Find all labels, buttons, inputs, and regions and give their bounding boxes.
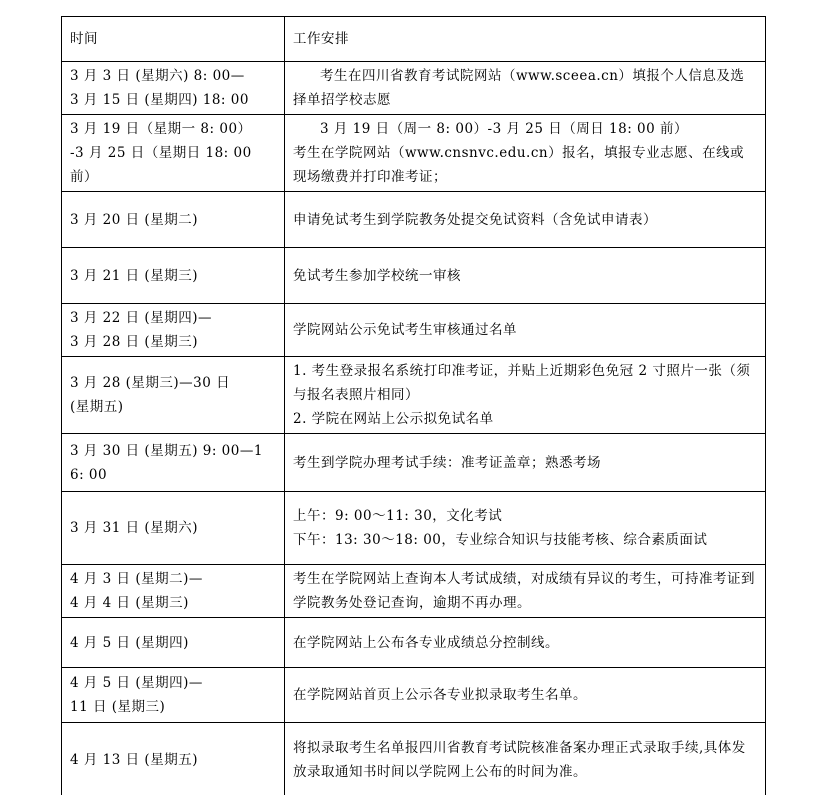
time-cell: 4 月 5 日 (星期四) — [62, 618, 285, 668]
task-cell: 在学院网站首页上公示各专业拟录取考生名单。 — [285, 668, 766, 723]
header-task: 工作安排 — [285, 17, 766, 62]
time-line: 3 月 3 日 (星期六) 8: 00— — [70, 64, 276, 88]
task-cell: 在学院网站上公布各专业成绩总分控制线。 — [285, 618, 766, 668]
time-line: 11 日 (星期三) — [70, 695, 276, 719]
table-row: 3 月 20 日 (星期二) 申请免试考生到学院教务处提交免试资料（含免试申请表… — [62, 192, 766, 248]
table-row: 4 月 5 日 (星期四) 在学院网站上公布各专业成绩总分控制线。 — [62, 618, 766, 668]
time-cell: 4 月 5 日 (星期四)— 11 日 (星期三) — [62, 668, 285, 723]
table-row: 3 月 22 日 (星期四)— 3 月 28 日 (星期三) 学院网站公示免试考… — [62, 304, 766, 357]
time-line: 4 月 3 日 (星期二)— — [70, 567, 276, 591]
time-cell: 3 月 21 日 (星期三) — [62, 248, 285, 304]
time-cell: 3 月 3 日 (星期六) 8: 00— 3 月 15 日 (星期四) 18: … — [62, 62, 285, 115]
time-line: 3 月 19 日（星期一 8: 00） — [70, 117, 276, 141]
task-line: 下午：13: 30～18: 00，专业综合知识与技能考核、综合素质面试 — [293, 528, 757, 552]
table-header-row: 时间 工作安排 — [62, 17, 766, 62]
time-line: -3 月 25 日（星期日 18: 00 — [70, 141, 276, 165]
task-cell: 考生到学院办理考试手续：准考证盖章；熟悉考场 — [285, 434, 766, 492]
time-cell: 3 月 22 日 (星期四)— 3 月 28 日 (星期三) — [62, 304, 285, 357]
time-line: 3 月 15 日 (星期四) 18: 00 — [70, 88, 276, 112]
time-line: 4 月 4 日 (星期三) — [70, 591, 276, 615]
time-line: 3 月 28 (星期三)—30 日 — [70, 371, 276, 395]
task-line: 考生在学院网站（www.cnsnvc.edu.cn）报名，填报专业志愿、在线或现… — [293, 141, 757, 189]
task-cell: 3 月 19 日（周一 8: 00）-3 月 25 日（周日 18: 00 前）… — [285, 115, 766, 192]
task-cell: 1. 考生登录报名系统打印准考证，并贴上近期彩色免冠 2 寸照片一张（须与报名表… — [285, 357, 766, 434]
table-row: 3 月 28 (星期三)—30 日 (星期五) 1. 考生登录报名系统打印准考证… — [62, 357, 766, 434]
task-cell: 学院网站公示免试考生审核通过名单 — [285, 304, 766, 357]
table-row: 4 月 3 日 (星期二)— 4 月 4 日 (星期三) 考生在学院网站上查询本… — [62, 565, 766, 618]
time-cell: 3 月 28 (星期三)—30 日 (星期五) — [62, 357, 285, 434]
table-row: 3 月 19 日（星期一 8: 00） -3 月 25 日（星期日 18: 00… — [62, 115, 766, 192]
time-line: 3 月 22 日 (星期四)— — [70, 306, 276, 330]
time-cell: 4 月 3 日 (星期二)— 4 月 4 日 (星期三) — [62, 565, 285, 618]
task-cell: 考生在四川省教育考试院网站（www.sceea.cn）填报个人信息及选择单招学校… — [285, 62, 766, 115]
table-row: 4 月 13 日 (星期五) 将拟录取考生名单报四川省教育考试院核准备案办理正式… — [62, 723, 766, 795]
task-line: 2. 学院在网站上公示拟免试名单 — [293, 407, 757, 431]
time-cell: 4 月 13 日 (星期五) — [62, 723, 285, 795]
header-time: 时间 — [62, 17, 285, 62]
time-line: (星期五) — [70, 395, 276, 419]
task-line: 3 月 19 日（周一 8: 00）-3 月 25 日（周日 18: 00 前） — [293, 117, 757, 141]
task-cell: 申请免试考生到学院教务处提交免试资料（含免试申请表） — [285, 192, 766, 248]
time-cell: 3 月 20 日 (星期二) — [62, 192, 285, 248]
table-row: 3 月 31 日 (星期六) 上午：9: 00～11: 30，文化考试 下午：1… — [62, 492, 766, 565]
table-row: 4 月 5 日 (星期四)— 11 日 (星期三) 在学院网站首页上公示各专业拟… — [62, 668, 766, 723]
table-row: 3 月 3 日 (星期六) 8: 00— 3 月 15 日 (星期四) 18: … — [62, 62, 766, 115]
time-cell: 3 月 31 日 (星期六) — [62, 492, 285, 565]
task-cell: 将拟录取考生名单报四川省教育考试院核准备案办理正式录取手续,具体发放录取通知书时… — [285, 723, 766, 795]
time-cell: 3 月 30 日 (星期五) 9: 00—16: 00 — [62, 434, 285, 492]
time-line: 4 月 5 日 (星期四)— — [70, 671, 276, 695]
table-row: 3 月 21 日 (星期三) 免试考生参加学校统一审核 — [62, 248, 766, 304]
task-cell: 上午：9: 00～11: 30，文化考试 下午：13: 30～18: 00，专业… — [285, 492, 766, 565]
time-line: 前） — [70, 165, 276, 189]
schedule-table: 时间 工作安排 3 月 3 日 (星期六) 8: 00— 3 月 15 日 (星… — [61, 16, 766, 795]
table-row: 3 月 30 日 (星期五) 9: 00—16: 00 考生到学院办理考试手续：… — [62, 434, 766, 492]
task-line: 上午：9: 00～11: 30，文化考试 — [293, 504, 757, 528]
task-cell: 考生在学院网站上查询本人考试成绩，对成绩有异议的考生，可持准考证到学院教务处登记… — [285, 565, 766, 618]
time-cell: 3 月 19 日（星期一 8: 00） -3 月 25 日（星期日 18: 00… — [62, 115, 285, 192]
time-line: 3 月 28 日 (星期三) — [70, 330, 276, 354]
task-cell: 免试考生参加学校统一审核 — [285, 248, 766, 304]
task-line: 1. 考生登录报名系统打印准考证，并贴上近期彩色免冠 2 寸照片一张（须与报名表… — [293, 359, 757, 407]
